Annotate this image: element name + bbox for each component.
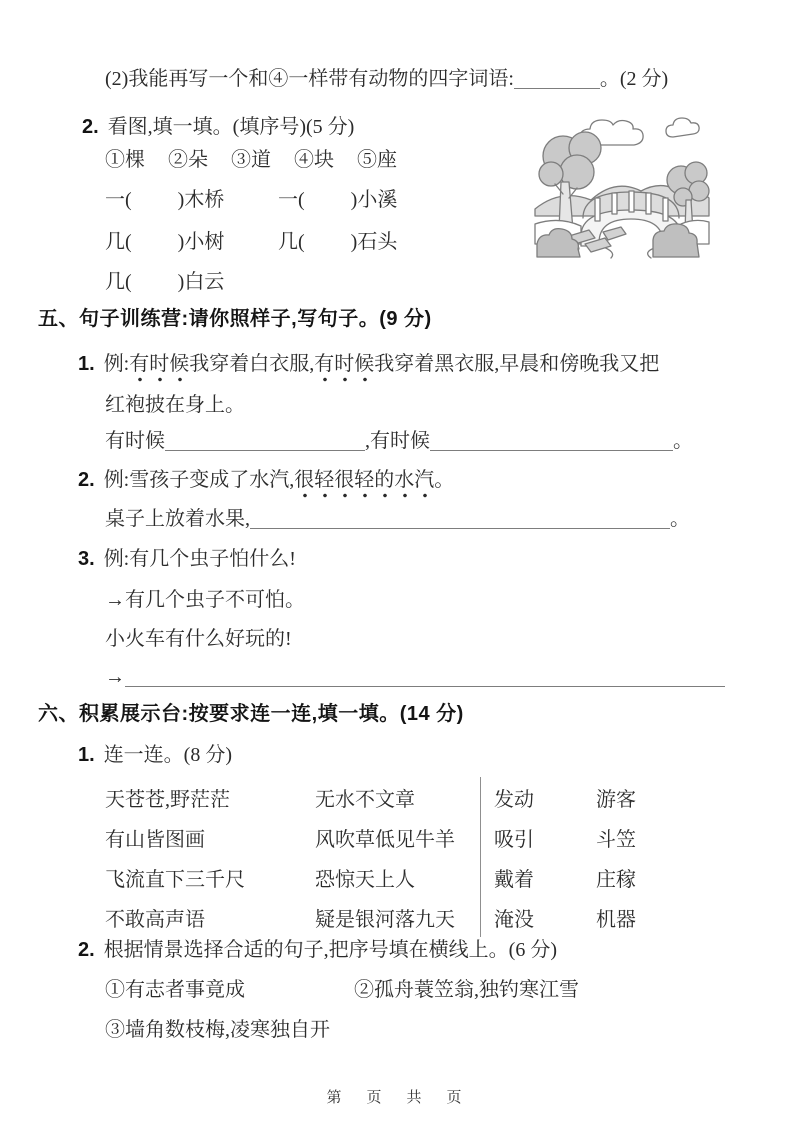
section-six-heading: 六、积累展示台:按要求连一连,填一填。(14 分) <box>38 701 464 727</box>
matching-exercise-table: 天苍苍,野茫茫无水不文章 有山皆图画风吹草低见牛羊 飞流直下三千尺恐惊天上人 不… <box>105 777 636 937</box>
six-q1-title-line: 1.连一连。(8 分) <box>78 742 232 768</box>
answer-prefix: 桌子上放着水果, <box>105 508 250 530</box>
match-cell: 不敢高声语 <box>105 903 315 932</box>
option-1: ①棵 <box>105 147 145 173</box>
fill-item: 几()小树 <box>105 229 224 255</box>
table-row: 戴着庄稼 <box>494 857 636 897</box>
fill-post: )小树 <box>178 231 225 253</box>
answer-blank-line <box>125 684 725 687</box>
q3-example-line: 3.例:有几个虫子怕什么! <box>78 546 296 572</box>
question-prompt: (2)我能再写一个和④一样带有动物的四字词语: <box>105 68 514 90</box>
fill-item: 几()白云 <box>105 269 224 295</box>
question-4-sub2: (2)我能再写一个和④一样带有动物的四字词语:。(2 分) <box>105 66 668 92</box>
match-cell: 淹没 <box>494 903 596 932</box>
example-period: 。 <box>434 469 454 491</box>
match-cell: 游客 <box>596 783 636 812</box>
six-q2-option-2: ②孤舟蓑笠翁,独钓寒江雪 <box>354 977 579 1003</box>
q2-example-line: 2.例:雪孩子变成了水汽,很轻很轻的水汽。 <box>78 467 454 493</box>
fill-post: )石头 <box>351 231 398 253</box>
match-cell: 庄稼 <box>596 863 636 892</box>
stone-bridge-landscape-illustration <box>533 112 711 265</box>
q1-example-line2: 红袍披在身上。 <box>105 392 245 418</box>
table-row: 不敢高声语疑是银河落九天 <box>105 897 480 937</box>
table-row: 发动游客 <box>494 777 636 817</box>
option-4: ④块 <box>294 147 334 173</box>
table-row: 有山皆图画风吹草低见牛羊 <box>105 817 480 857</box>
q3-converted-line: →有几个虫子不可怕。 <box>105 587 305 613</box>
emphasized-text: 很轻很轻的水汽 <box>294 469 434 498</box>
six-q2-option-3: ③墙角数枝梅,凌寒独自开 <box>105 1017 330 1043</box>
match-cell: 无水不文章 <box>315 783 415 812</box>
fill-pre: 几( <box>278 231 305 253</box>
q3-sentence-line: 小火车有什么好玩的! <box>105 626 292 652</box>
fill-item: 一()木桥 <box>105 187 224 213</box>
match-cell: 恐惊天上人 <box>315 863 415 892</box>
score-label: 。(2 分) <box>600 68 668 90</box>
q1-answer-line: 有时候,有时候。 <box>105 428 693 454</box>
match-cell: 吸引 <box>494 823 596 852</box>
option-5: ⑤座 <box>357 147 397 173</box>
fill-item: 几()石头 <box>278 229 397 255</box>
example-text: 我穿着黑衣服,早晨和傍晚我又把 <box>374 353 659 375</box>
match-cell: 戴着 <box>494 863 596 892</box>
fill-pre: 几( <box>105 271 132 293</box>
answer-blank-line <box>165 448 365 451</box>
arrow-glyph: → <box>105 666 125 688</box>
match-cell: 机器 <box>596 903 636 932</box>
question-title: 连一连。(8 分) <box>104 744 232 766</box>
measure-word-options: ①棵 ②朵 ③道 ④块 ⑤座 <box>105 147 397 173</box>
item-number: 2. <box>78 939 95 961</box>
fill-pre: 几( <box>105 231 132 253</box>
example-label: 例: <box>104 353 130 375</box>
table-row: 吸引斗笠 <box>494 817 636 857</box>
fill-post: )小溪 <box>351 189 398 211</box>
answer-prefix: 有时候 <box>105 430 165 452</box>
emphasized-text: 有时候 <box>314 353 374 382</box>
match-group-words: 发动游客 吸引斗笠 戴着庄稼 淹没机器 <box>480 777 636 937</box>
match-group-phrases: 天苍苍,野茫茫无水不文章 有山皆图画风吹草低见牛羊 飞流直下三千尺恐惊天上人 不… <box>105 777 480 937</box>
six-q2-title-line: 2.根据情景选择合适的句子,把序号填在横线上。(6 分) <box>78 937 557 963</box>
match-cell: 天苍苍,野茫茫 <box>105 783 315 812</box>
item-number: 1. <box>78 353 95 375</box>
answer-blank-line <box>514 86 600 89</box>
question-title: 看图,填一填。(填序号)(5 分) <box>108 116 355 138</box>
match-cell: 疑是银河落九天 <box>315 903 455 932</box>
answer-middle: ,有时候 <box>365 430 430 452</box>
fill-pre: 一( <box>105 189 132 211</box>
example-text: 例:雪孩子变成了水汽, <box>104 469 295 491</box>
q2-answer-line: 桌子上放着水果,。 <box>105 506 690 532</box>
fill-post: )白云 <box>178 271 225 293</box>
item-number: 1. <box>78 744 95 766</box>
item-number: 2. <box>78 469 95 491</box>
option-2: ②朵 <box>168 147 208 173</box>
question-2-title: 2.看图,填一填。(填序号)(5 分) <box>82 114 354 140</box>
answer-period: 。 <box>673 430 693 452</box>
match-cell: 斗笠 <box>596 823 636 852</box>
option-3: ③道 <box>231 147 271 173</box>
answer-blank-line <box>430 448 673 451</box>
question-title: 根据情景选择合适的句子,把序号填在横线上。(6 分) <box>104 939 557 961</box>
fill-item: 一()小溪 <box>278 187 397 213</box>
exam-paper-page: (2)我能再写一个和④一样带有动物的四字词语:。(2 分) 2.看图,填一填。(… <box>0 0 793 1122</box>
question-number: 2. <box>82 116 99 138</box>
table-row: 天苍苍,野茫茫无水不文章 <box>105 777 480 817</box>
answer-blank-line <box>250 526 670 529</box>
page-footer: 第 页 共 页 <box>326 1086 466 1107</box>
item-number: 3. <box>78 548 95 570</box>
emphasized-text: 有时候 <box>129 353 189 382</box>
six-q2-option-1: ①有志者事竟成 <box>105 977 245 1003</box>
answer-period: 。 <box>670 508 690 530</box>
match-cell: 飞流直下三千尺 <box>105 863 315 892</box>
example-text: 我穿着白衣服, <box>189 353 314 375</box>
fill-pre: 一( <box>278 189 305 211</box>
table-row: 淹没机器 <box>494 897 636 937</box>
section-five-heading: 五、句子训练营:请你照样子,写句子。(9 分) <box>38 306 432 332</box>
fill-post: )木桥 <box>178 189 225 211</box>
q3-answer-line: → <box>105 664 725 690</box>
match-cell: 发动 <box>494 783 596 812</box>
match-cell: 有山皆图画 <box>105 823 315 852</box>
match-cell: 风吹草低见牛羊 <box>315 823 455 852</box>
q1-example-line1: 1.例:有时候我穿着白衣服,有时候我穿着黑衣服,早晨和傍晚我又把 <box>78 351 659 377</box>
table-row: 飞流直下三千尺恐惊天上人 <box>105 857 480 897</box>
example-text: 例:有几个虫子怕什么! <box>104 548 296 570</box>
